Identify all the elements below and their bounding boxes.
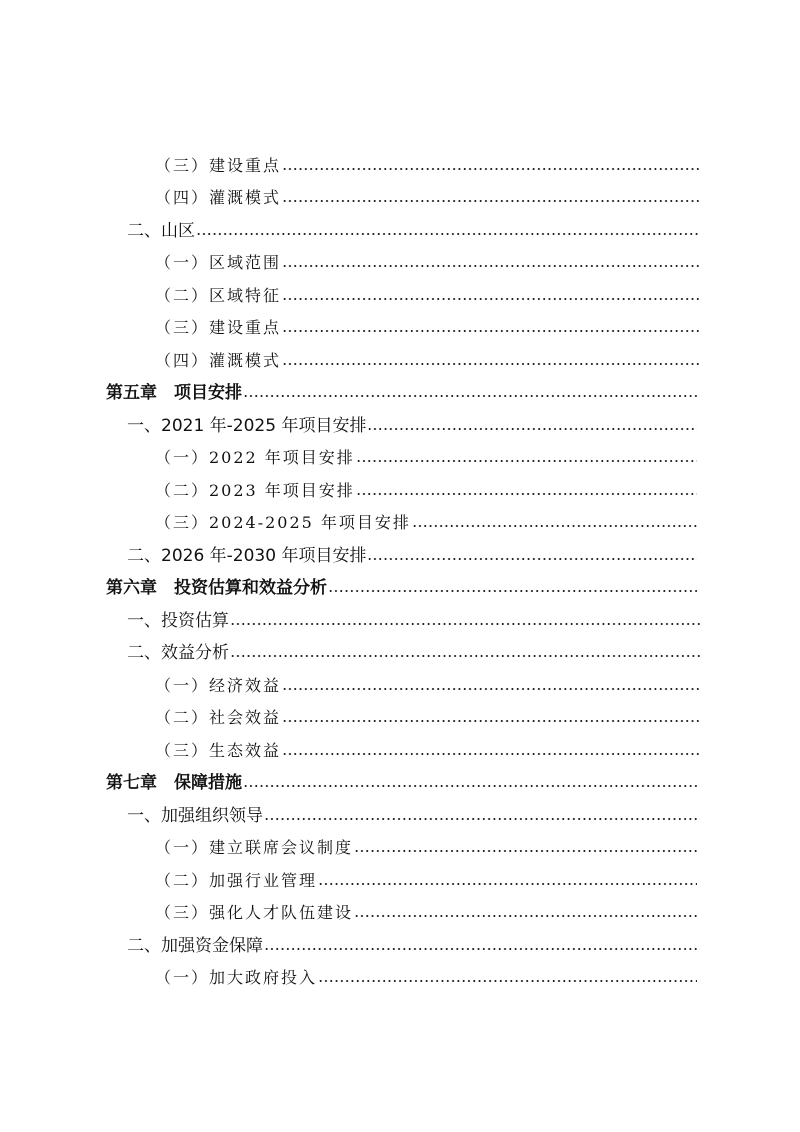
toc-entry-section[interactable]: 二、2026 年-2030 年项目安排 [127,534,697,566]
toc-entry-label: （三）2024-2025 年项目安排 [155,510,412,533]
toc-entry-label: 第五章 项目安排 [106,378,243,403]
dot-leader [282,200,700,202]
dot-leader [282,330,700,332]
toc-entry-chapter[interactable]: 第五章 项目安排 [106,371,700,403]
dot-leader [356,493,697,495]
toc-entry-sub[interactable]: （三）生态效益 [155,729,700,761]
dot-leader [282,298,700,300]
dot-leader [367,558,697,560]
dot-leader [282,265,700,267]
dot-leader [243,785,700,787]
toc-entry-label: 一、加强组织领导 [127,801,264,826]
toc-entry-label: （一）区域范围 [155,250,282,273]
dot-leader [354,915,697,917]
toc-entry-sub[interactable]: （四）灌溉模式 [155,339,700,371]
toc-entry-chapter[interactable]: 第七章 保障措施 [106,761,700,793]
toc-entry-label: （一）经济效益 [155,673,282,696]
toc-entry-label: 第六章 投资估算和效益分析 [106,573,328,598]
toc-entry-chapter[interactable]: 第六章 投资估算和效益分析 [106,566,697,598]
dot-leader [282,753,700,755]
dot-leader [243,395,700,397]
toc-entry-label: （三）建设重点 [155,153,282,176]
document-page: （三）建设重点（四）灌溉模式二、山区（一）区域范围（二）区域特征（三）建设重点（… [0,0,800,1132]
toc-entry-label: 一、投资估算 [127,606,230,631]
dot-leader [282,720,700,722]
dot-leader [264,818,700,820]
toc-entry-label: （三）建设重点 [155,315,282,338]
dot-leader [354,850,697,852]
toc-entry-label: 二、山区 [127,216,196,241]
dot-leader [264,948,700,950]
dot-leader [412,525,697,527]
toc-entry-label: （四）灌溉模式 [155,348,282,371]
toc-entry-sub[interactable]: （一）区域范围 [155,241,700,273]
dot-leader [282,688,700,690]
dot-leader [230,623,700,625]
toc-entry-section[interactable]: 二、山区 [127,209,700,241]
toc-entry-section[interactable]: 二、加强资金保障 [127,924,700,956]
toc-entry-label: 二、效益分析 [127,638,230,663]
toc-entry-sub[interactable]: （三）2024-2025 年项目安排 [155,501,697,533]
toc-entry-label: （三）强化人才队伍建设 [155,900,354,923]
toc-entry-sub[interactable]: （三）强化人才队伍建设 [155,891,697,923]
dot-leader [367,428,697,430]
dot-leader [230,655,700,657]
toc-entry-label: （二）社会效益 [155,705,282,728]
toc-entry-sub[interactable]: （三）建设重点 [155,306,700,338]
toc-entry-label: （一）2022 年项目安排 [155,445,356,468]
dot-leader [328,590,697,592]
toc-entry-sub[interactable]: （一）2022 年项目安排 [155,436,697,468]
toc-entry-sub[interactable]: （四）灌溉模式 [155,176,700,208]
toc-entry-section[interactable]: 一、加强组织领导 [127,794,700,826]
toc-entry-section[interactable]: 二、效益分析 [127,631,700,663]
toc-entry-label: （一）加大政府投入 [155,965,318,988]
toc-entry-sub[interactable]: （一）经济效益 [155,664,700,696]
toc-entry-label: （二）区域特征 [155,283,282,306]
toc-entry-sub[interactable]: （二）区域特征 [155,274,700,306]
toc-entry-sub[interactable]: （二）加强行业管理 [155,859,697,891]
toc-entry-section[interactable]: 一、2021 年-2025 年项目安排 [127,404,697,436]
dot-leader [318,883,697,885]
toc-entry-label: （三）生态效益 [155,738,282,761]
toc-entry-label: 一、2021 年-2025 年项目安排 [127,411,367,436]
toc-entry-label: 二、2026 年-2030 年项目安排 [127,541,367,566]
toc-entry-sub[interactable]: （二）社会效益 [155,696,700,728]
toc-entry-sub[interactable]: （二）2023 年项目安排 [155,469,697,501]
dot-leader [318,980,697,982]
toc-entry-label: （二）加强行业管理 [155,868,318,891]
toc-entry-label: 第七章 保障措施 [106,768,243,793]
toc-entry-section[interactable]: 一、投资估算 [127,599,700,631]
toc-entry-sub[interactable]: （一）建立联席会议制度 [155,826,697,858]
toc-entry-label: （四）灌溉模式 [155,185,282,208]
dot-leader [282,363,700,365]
toc-entry-sub[interactable]: （三）建设重点 [155,144,700,176]
toc-entry-label: 二、加强资金保障 [127,931,264,956]
toc-entry-label: （二）2023 年项目安排 [155,478,356,501]
dot-leader [356,460,697,462]
dot-leader [196,233,700,235]
toc-entry-label: （一）建立联席会议制度 [155,835,354,858]
toc-entry-sub[interactable]: （一）加大政府投入 [155,956,697,988]
dot-leader [282,168,700,170]
